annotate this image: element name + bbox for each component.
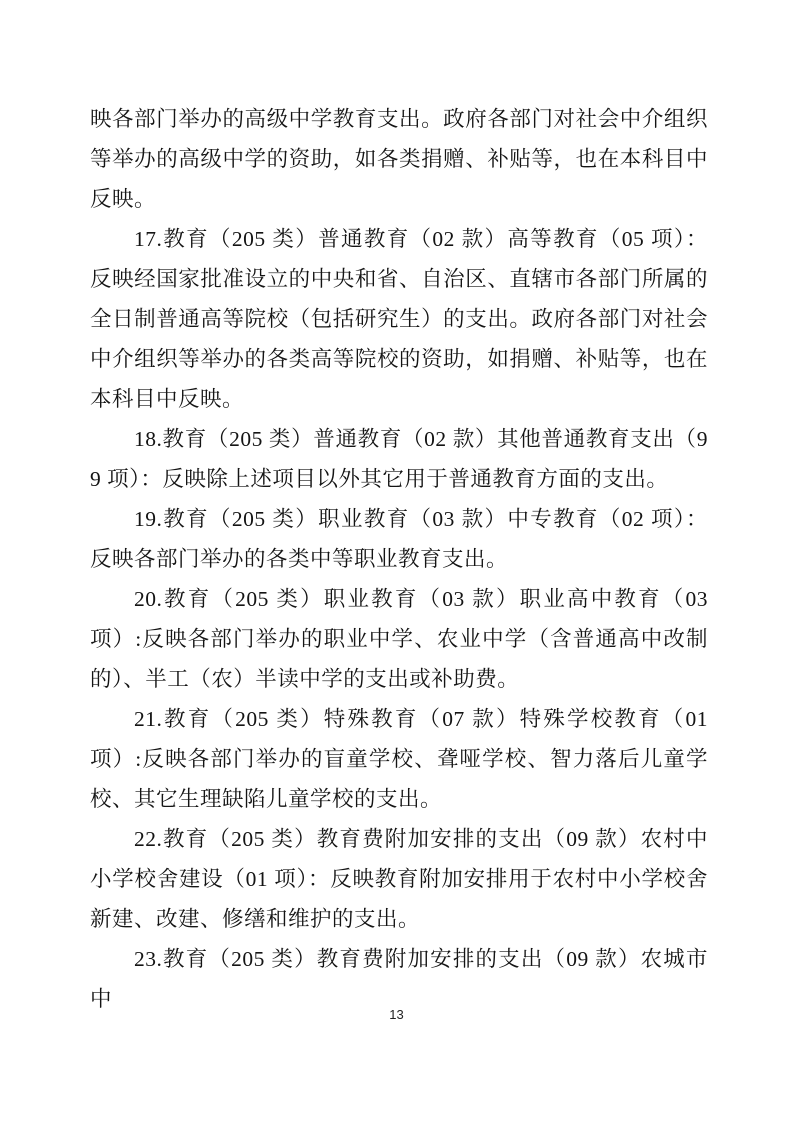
paragraph: 21.教育（205 类）特殊教育（07 款）特殊学校教育（01 项）:反映各部门…	[90, 699, 708, 819]
document-page: 映各部门举办的高级中学教育支出。政府各部门对社会中介组织等举办的高级中学的资助，…	[0, 0, 793, 1122]
paragraph: 映各部门举办的高级中学教育支出。政府各部门对社会中介组织等举办的高级中学的资助，…	[90, 99, 708, 219]
paragraph: 22.教育（205 类）教育费附加安排的支出（09 款）农村中小学校舍建设（01…	[90, 819, 708, 939]
document-body: 映各部门举办的高级中学教育支出。政府各部门对社会中介组织等举办的高级中学的资助，…	[90, 99, 708, 1019]
page-number: 13	[389, 1007, 403, 1022]
paragraph: 19.教育（205 类）职业教育（03 款）中专教育（02 项）：反映各部门举办…	[90, 499, 708, 579]
paragraph: 20.教育（205 类）职业教育（03 款）职业高中教育（03 项）:反映各部门…	[90, 579, 708, 699]
page-footer: 13	[0, 1006, 793, 1024]
paragraph: 17.教育（205 类）普通教育（02 款）高等教育（05 项）：反映经国家批准…	[90, 219, 708, 419]
paragraph: 18.教育（205 类）普通教育（02 款）其他普通教育支出（99 项）：反映除…	[90, 419, 708, 499]
